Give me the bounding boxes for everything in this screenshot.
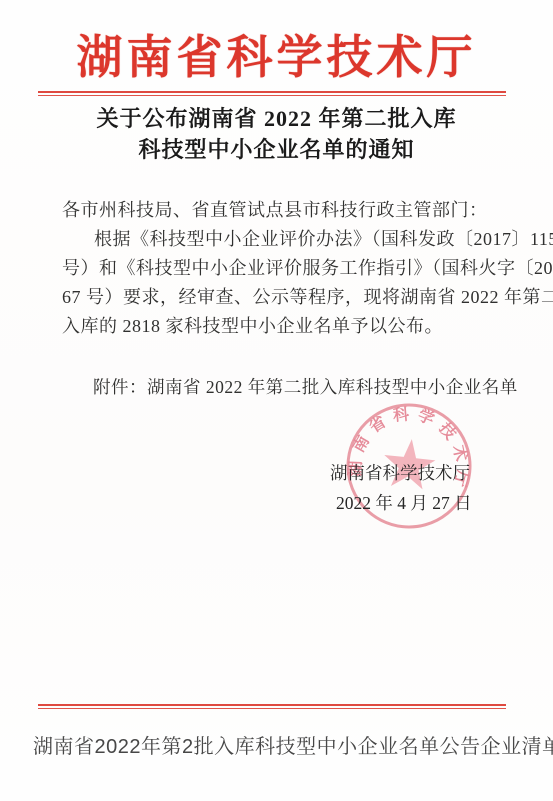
document-page: 湖南省科学技术厅 关于公布湖南省 2022 年第二批入库 科技型中小企业名单的通… xyxy=(0,0,553,801)
footer-divider-line xyxy=(38,704,506,709)
document-title-line2: 科技型中小企业名单的通知 xyxy=(0,134,553,165)
paragraph-line: 入库的 2818 家科技型中小企业名单予以公布。 xyxy=(62,312,522,341)
salutation-line: 各市州科技局、省直管试点县市科技行政主管部门： xyxy=(62,196,522,225)
document-title-line1: 关于公布湖南省 2022 年第二批入库 xyxy=(0,103,553,134)
letterhead-divider-line xyxy=(38,91,506,96)
paragraph-line: 67 号）要求，经审查、公示等程序，现将湖南省 2022 年第二批 xyxy=(62,283,522,312)
attachment-pdf-filename-link[interactable]: 湖南省2022年第2批入库科技型中小企业名单公告企业清单.pdf xyxy=(33,730,553,759)
paragraph-line: 根据《科技型中小企业评价办法》（国科发政〔2017〕115 xyxy=(62,225,522,254)
paragraph-line: 号）和《科技型中小企业评价服务工作指引》（国科火字〔2022〕 xyxy=(62,254,522,283)
document-title: 关于公布湖南省 2022 年第二批入库 科技型中小企业名单的通知 xyxy=(0,103,553,165)
signature-date: 2022 年 4 月 27 日 xyxy=(336,490,470,515)
signature-agency: 湖南省科学技术厅 xyxy=(330,460,464,485)
document-body: 各市州科技局、省直管试点县市科技行政主管部门： 根据《科技型中小企业评价办法》（… xyxy=(62,196,522,341)
letterhead-agency-title: 湖南省科学技术厅 xyxy=(0,30,553,86)
attachment-line: 附件：湖南省 2022 年第二批入库科技型中小企业名单 xyxy=(93,374,518,399)
